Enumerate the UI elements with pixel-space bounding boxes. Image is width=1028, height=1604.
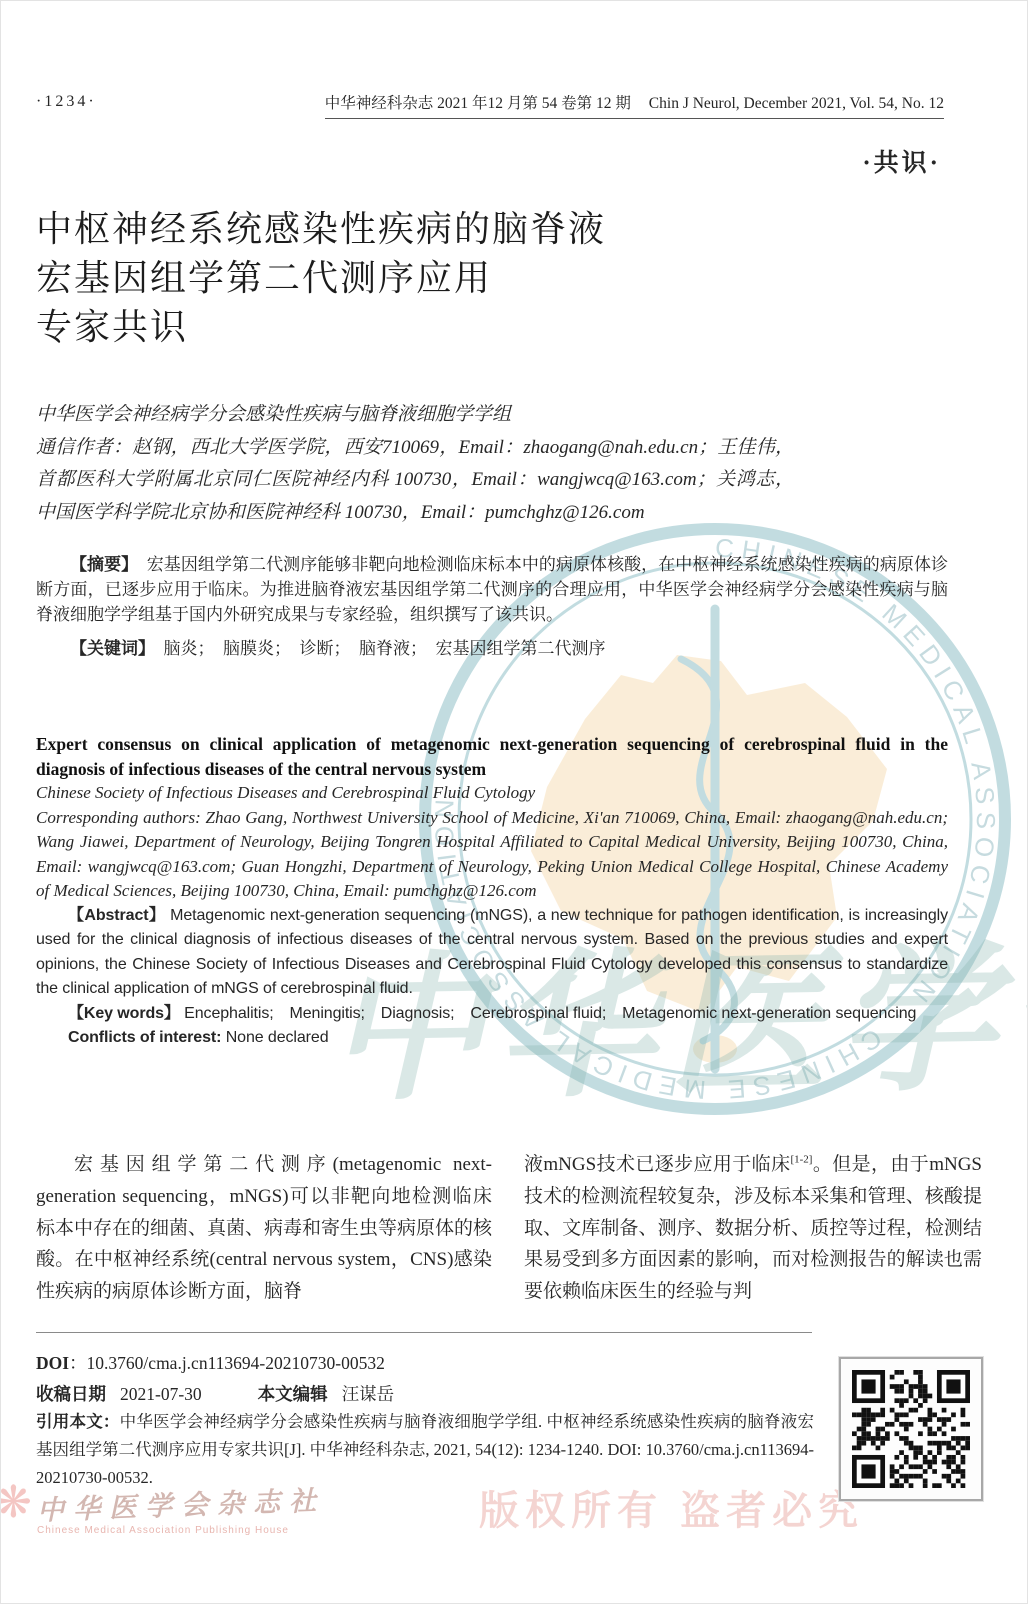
abstract-text-cn: 宏基因组学第二代测序能够非靶向地检测临床标本中的病原体核酸，在中枢神经系统感染性… [36,555,948,624]
doi-line: DOI：10.3760/cma.j.cn113694-20210730-0053… [36,1350,385,1375]
abstract-text-en: Metagenomic next-generation sequencing (… [36,907,948,998]
received-date: 2021-07-30 [120,1384,202,1404]
article-title: 中枢神经系统感染性疾病的脑脊液 宏基因组学第二代测序应用 专家共识 [36,205,606,352]
chinese-abstract: 【摘要】 宏基因组学第二代测序能够非靶向地检测临床标本中的病原体核酸，在中枢神经… [36,552,948,627]
footnote-divider [36,1332,812,1333]
author-block: 中华医学会神经病学分会感染性疾病与脑脊液细胞学学组 通信作者：赵钢，西北大学医学… [36,399,794,529]
article-title-line2: 宏基因组学第二代测序应用 [36,254,606,303]
journal-header: 中华神经科杂志 2021 年12 月第 54 卷第 12 期 Chin J Ne… [325,91,944,119]
body-right-part1: 液mNGS技术已逐步应用于临床 [524,1154,790,1175]
keywords-label-en: 【Key words】 [68,1005,180,1022]
conflicts-text: None declared [221,1029,328,1046]
keywords-text-cn: 脑炎； 脑膜炎； 诊断； 脑脊液； 宏基因组学第二代测序 [147,639,606,658]
conflicts-label: Conflicts of interest: [68,1029,221,1046]
chinese-keywords: 【关键词】 脑炎； 脑膜炎； 诊断； 脑脊液； 宏基因组学第二代测序 [36,636,948,661]
english-society: Chinese Society of Infectious Diseases a… [36,781,948,806]
editor-label: 本文编辑 [258,1384,328,1404]
english-corresponding: Corresponding authors: Zhao Gang, Northw… [36,806,948,904]
article-title-line1: 中枢神经系统感染性疾病的脑脊液 [36,205,606,254]
chinese-abstract-block: 【摘要】 宏基因组学第二代测序能够非靶向地检测临床标本中的病原体核酸，在中枢神经… [36,552,948,661]
body-right-column: 液mNGS技术已逐步应用于临床[1-2]。但是，由于mNGS技术的检测流程较复杂… [524,1149,982,1308]
author-group: 中华医学会神经病学分会感染性疾病与脑脊液细胞学学组 [36,399,794,432]
english-block: Expert consensus on clinical application… [36,732,948,1051]
citation-text: 中华医学会神经病学分会感染性疾病与脑脊液细胞学学组. 中枢神经系统感染性疾病的脑… [36,1412,814,1487]
journal-name-en: Chin J Neurol, December 2021, Vol. 54, N… [649,95,944,112]
keywords-text-en: Encephalitis; Meningitis; Diagnosis; Cer… [180,1005,916,1022]
doi-label: DOI [36,1353,69,1373]
journal-name-cn: 中华神经科杂志 2021 年12 月第 54 卷第 12 期 [325,95,631,112]
english-keywords: 【Key words】 Encephalitis; Meningitis; Di… [36,1002,948,1027]
english-title: Expert consensus on clinical application… [36,732,948,781]
section-badge: ·共识· [862,143,941,179]
article-title-line3: 专家共识 [36,303,606,352]
body-right-paragraph: 液mNGS技术已逐步应用于临床[1-2]。但是，由于mNGS技术的检测流程较复杂… [524,1149,982,1308]
editor-name: 汪谋岳 [342,1384,395,1404]
abstract-label-cn: 【摘要】 [70,555,130,574]
english-abstract: 【Abstract】 Metagenomic next-generation s… [36,904,948,1002]
body-left-paragraph: 宏基因组学第二代测序(metagenomic next-generation s… [36,1149,492,1308]
received-label: 收稿日期 [36,1384,106,1404]
journal-page: CHINESE MEDICAL ASSOCIATION · CHINESE ME… [0,0,1028,1604]
received-editor-line: 收稿日期2021-07-30本文编辑汪谋岳 [36,1381,394,1406]
correspondence-note: 通信作者：赵钢，西北大学医学院，西安710069，Email：zhaogang@… [36,437,794,523]
qr-code [839,1357,983,1501]
page-number: ·1234· [36,93,97,111]
citation-note: 引用本文：中华医学会神经病学分会感染性疾病与脑脊液细胞学学组. 中枢神经系统感染… [36,1408,814,1492]
doi-value: ：10.3760/cma.j.cn113694-20210730-00532 [69,1353,385,1373]
conflicts-line: Conflicts of interest: None declared [36,1026,948,1051]
reference-superscript: [1-2] [790,1154,812,1166]
keywords-label-cn: 【关键词】 [70,639,147,658]
page-content: ·1234· 中华神经科杂志 2021 年12 月第 54 卷第 12 期 Ch… [1,1,1027,1603]
abstract-label-en: 【Abstract】 [68,907,165,924]
body-right-part2: 。但是，由于mNGS技术的检测流程较复杂，涉及标本采集和管理、核酸提取、文库制备… [524,1154,982,1302]
citation-label: 引用本文： [36,1412,120,1431]
body-left-column: 宏基因组学第二代测序(metagenomic next-generation s… [36,1149,492,1308]
qr-code-pattern [852,1370,970,1488]
